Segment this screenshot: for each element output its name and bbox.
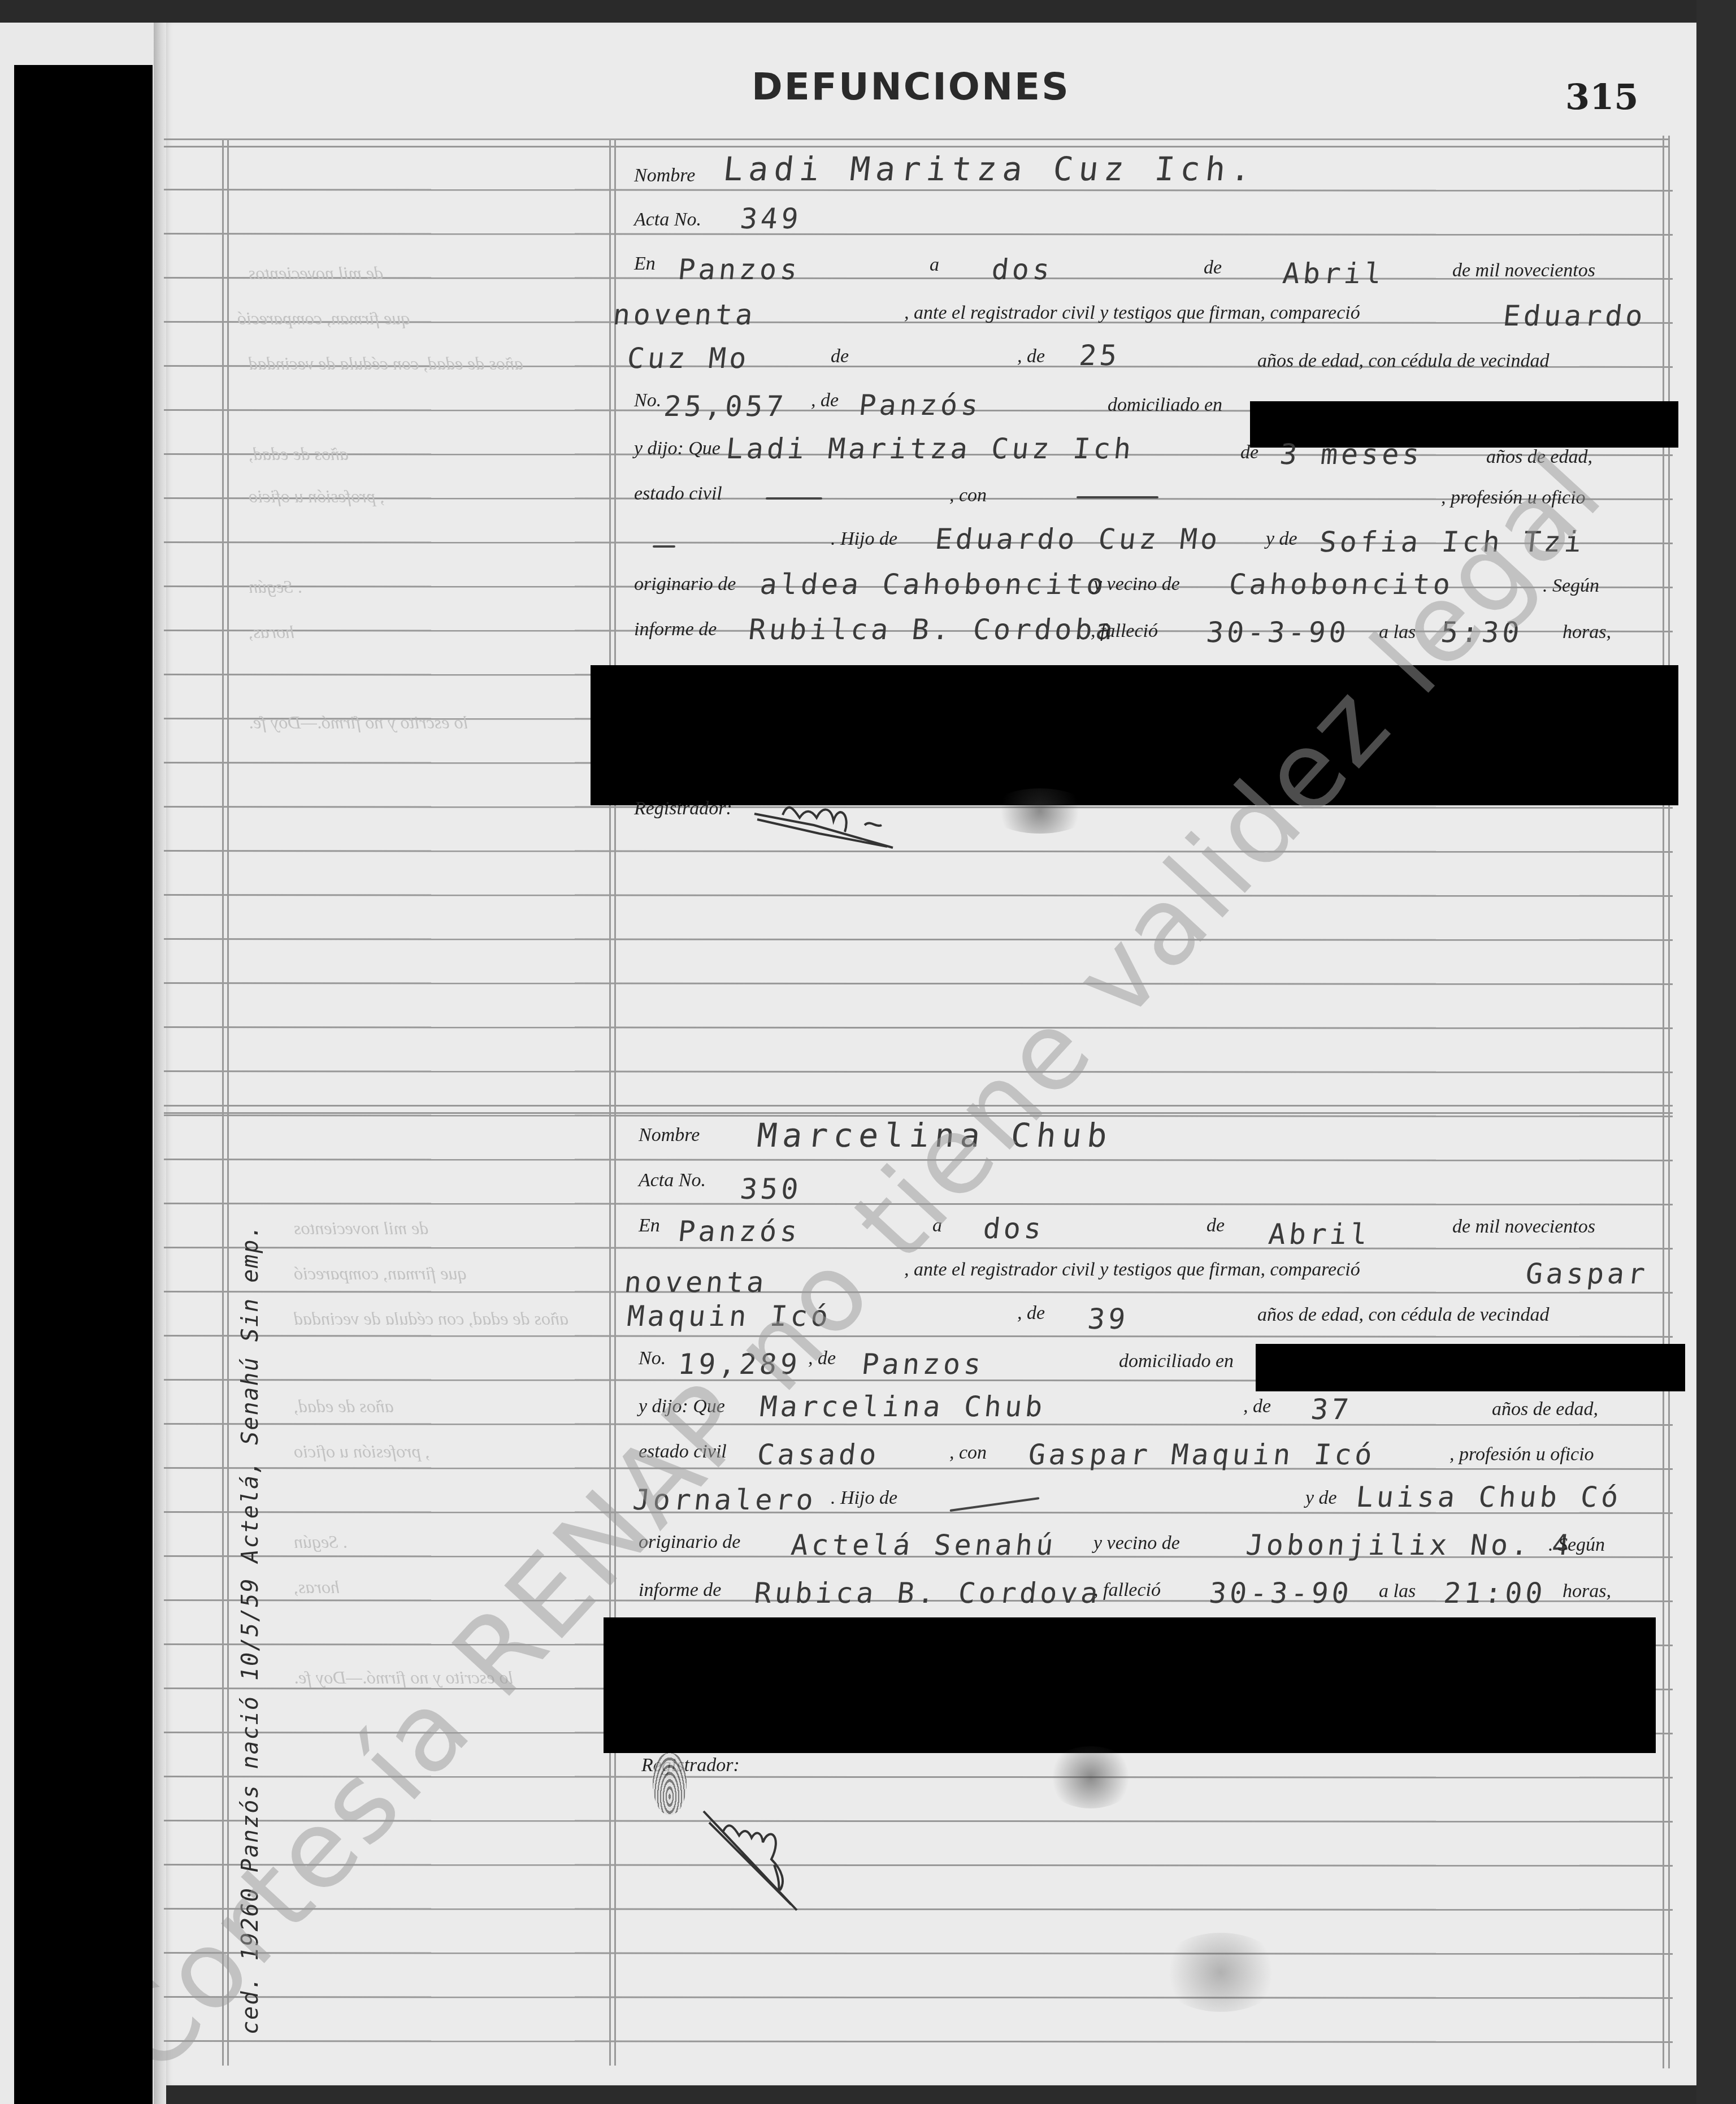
label-de-mil-novecientos: de mil novecientos	[1452, 1216, 1595, 1238]
field-fallecido: Ladi Maritza Cuz Ich	[724, 432, 1136, 465]
label-horas: horas,	[1563, 622, 1611, 643]
stamp-smudge	[1045, 1746, 1136, 1808]
label-y-dijo-que: y dijo: Que	[634, 438, 721, 459]
field-edad-fallecido: 3 meses	[1278, 438, 1425, 471]
field-compareciente-apellidos: Cuz Mo	[626, 342, 752, 375]
ghost-text: de mil novecientos	[294, 1218, 428, 1239]
label-con: , con	[949, 1442, 987, 1464]
label-acta-no: Acta No.	[639, 1170, 706, 1191]
field-dia: dos	[990, 253, 1054, 286]
ghost-text: años de edad, con cédula de vecindad	[294, 1308, 568, 1329]
ghost-text: de mil novecientos	[249, 263, 383, 284]
column-rule	[609, 138, 611, 2066]
ghost-text: lo escrito y no firmó.—Doy fe.	[249, 712, 468, 733]
field-hora: 21:00	[1442, 1577, 1548, 1610]
field-originario: Actelá Senahú	[789, 1529, 1058, 1561]
label-de-mil-novecientos: de mil novecientos	[1452, 260, 1595, 281]
label-ante-registrador: , ante el registrador civil y testigos q…	[904, 302, 1360, 324]
label-a: a	[930, 254, 939, 276]
label-originario-de: originario de	[634, 574, 736, 595]
field-mes: Abril	[1281, 257, 1387, 290]
registrar-signature	[701, 1808, 836, 1921]
label-de: de	[1240, 442, 1258, 463]
ruled-line	[164, 138, 1670, 140]
field-vecino: Jobonjilix No. 4	[1244, 1529, 1574, 1561]
label-comma-de: , de	[1017, 346, 1045, 367]
field-madre: Luisa Chub Có	[1355, 1481, 1623, 1513]
label-de: de	[831, 346, 849, 367]
ghost-text: , profesión u oficio	[294, 1441, 430, 1462]
ghost-text: . Según	[249, 576, 302, 597]
ghost-text: horas,	[249, 622, 294, 643]
label-anos-de-edad: años de edad,	[1492, 1399, 1598, 1420]
ghost-text: años de edad, con cédula de vecindad	[249, 353, 523, 374]
field-lugar: Panzós	[676, 1215, 802, 1248]
label-fallecio: , falleció	[1091, 621, 1158, 642]
label-domiciliado-en: domiciliado en	[1119, 1351, 1234, 1372]
page-title: DEFUNCIONES	[752, 65, 1045, 109]
field-anio: noventa	[611, 298, 758, 331]
redacted-left-page	[14, 65, 153, 2104]
label-acta-no: Acta No.	[634, 209, 701, 231]
book-spine	[154, 23, 166, 2104]
label-ante-registrador: , ante el registrador civil y testigos q…	[904, 1259, 1360, 1281]
page-number: 315	[1565, 76, 1638, 118]
field-estado-civil-blank	[766, 497, 822, 500]
field-compareciente-nombre: Gaspar	[1524, 1257, 1650, 1290]
field-informe: Rubica B. Cordova	[753, 1577, 1103, 1610]
field-cedula-no: 25,057	[662, 390, 788, 423]
label-profesion: , profesión u oficio	[1449, 1444, 1594, 1465]
field-compareciente-edad: 39	[1086, 1303, 1130, 1335]
column-rule	[614, 138, 616, 2066]
registrar-signature	[752, 802, 944, 853]
ghost-text: . Según	[294, 1532, 347, 1552]
field-edad-fallecido: 37	[1309, 1393, 1353, 1426]
field-nombre: Ladi Maritza Cuz Ich.	[721, 150, 1258, 188]
field-compareciente-edad: 25	[1078, 339, 1122, 372]
field-acta-no: 349	[739, 202, 803, 235]
field-fecha: 30-3-90	[1208, 1577, 1354, 1610]
fingerprint	[653, 1753, 687, 1815]
label-no: No.	[639, 1348, 666, 1369]
ghost-text: que firman, compareció	[237, 308, 410, 329]
field-lugar: Panzos	[676, 253, 802, 286]
label-estado-civil: estado civil	[634, 483, 722, 505]
redacted-causa	[604, 1617, 1656, 1753]
label-comma-de: , de	[1017, 1303, 1045, 1324]
label-comma-de: , de	[1243, 1396, 1271, 1417]
ink-smudge	[1158, 1933, 1283, 2012]
ruled-line	[164, 146, 1670, 148]
ghost-text: años de edad,	[294, 1396, 394, 1417]
field-fecha: 30-3-90	[1205, 616, 1351, 649]
label-no: No.	[634, 390, 661, 411]
label-hijo-de: . Hijo de	[831, 1487, 897, 1509]
label-fallecio: , falleció	[1093, 1580, 1161, 1601]
label-en: En	[639, 1215, 660, 1237]
book-binding-top	[0, 0, 1736, 23]
label-de: de	[1204, 257, 1222, 279]
label-y-de: y de	[1305, 1487, 1337, 1509]
margin-rule	[222, 138, 224, 2066]
label-segun: . Según	[1548, 1534, 1605, 1556]
field-dia: dos	[982, 1212, 1046, 1245]
label-y-vecino-de: y vecino de	[1093, 1533, 1180, 1554]
label-de: de	[1206, 1215, 1225, 1237]
label-de: , de	[811, 390, 839, 411]
label-en: En	[634, 253, 656, 275]
ghost-text: , profesión u oficio	[249, 486, 385, 507]
field-cedula-lugar: Panzós	[857, 389, 983, 422]
field-mes: Abril	[1267, 1218, 1373, 1251]
margin-rule	[227, 138, 229, 2066]
redacted-domicilio	[1256, 1344, 1685, 1391]
field-cedula-lugar: Panzos	[860, 1348, 986, 1381]
label-nombre: Nombre	[634, 165, 695, 186]
label-registrador: Registrador:	[634, 798, 732, 819]
field-con: Gaspar Maquin Icó	[1027, 1438, 1377, 1471]
field-originario: aldea Cahoboncito	[758, 568, 1109, 601]
label-informe-de: informe de	[639, 1580, 721, 1601]
stamp-smudge	[989, 788, 1091, 834]
label-nombre: Nombre	[639, 1125, 700, 1146]
ghost-text: que firman, compareció	[294, 1263, 466, 1284]
label-con: , con	[949, 485, 987, 506]
label-y-vecino-de: y vecino de	[1093, 574, 1180, 595]
field-con-blank	[1077, 496, 1158, 498]
ghost-text: horas,	[294, 1577, 340, 1598]
label-horas: horas,	[1563, 1581, 1611, 1602]
field-informe: Rubilca B. Cordoba	[747, 613, 1118, 646]
field-profesion-blank	[653, 545, 675, 548]
field-padre: Eduardo Cuz Mo	[934, 523, 1223, 556]
label-informe-de: informe de	[634, 619, 717, 640]
book-binding-right	[1696, 0, 1736, 2104]
label-anos-cedula: años de edad, con cédula de vecindad	[1257, 350, 1549, 372]
label-anos-cedula: años de edad, con cédula de vecindad	[1257, 1304, 1549, 1326]
label-hijo-de: . Hijo de	[831, 528, 897, 550]
redacted-causa	[591, 665, 1678, 805]
label-a-las: a las	[1379, 1581, 1416, 1602]
field-compareciente-nombre: Eduardo	[1501, 300, 1648, 332]
label-domiciliado-en: domiciliado en	[1108, 394, 1222, 416]
field-acta-no: 350	[739, 1173, 803, 1205]
ghost-text: años de edad,	[249, 444, 349, 465]
label-y-de: y de	[1266, 528, 1297, 550]
